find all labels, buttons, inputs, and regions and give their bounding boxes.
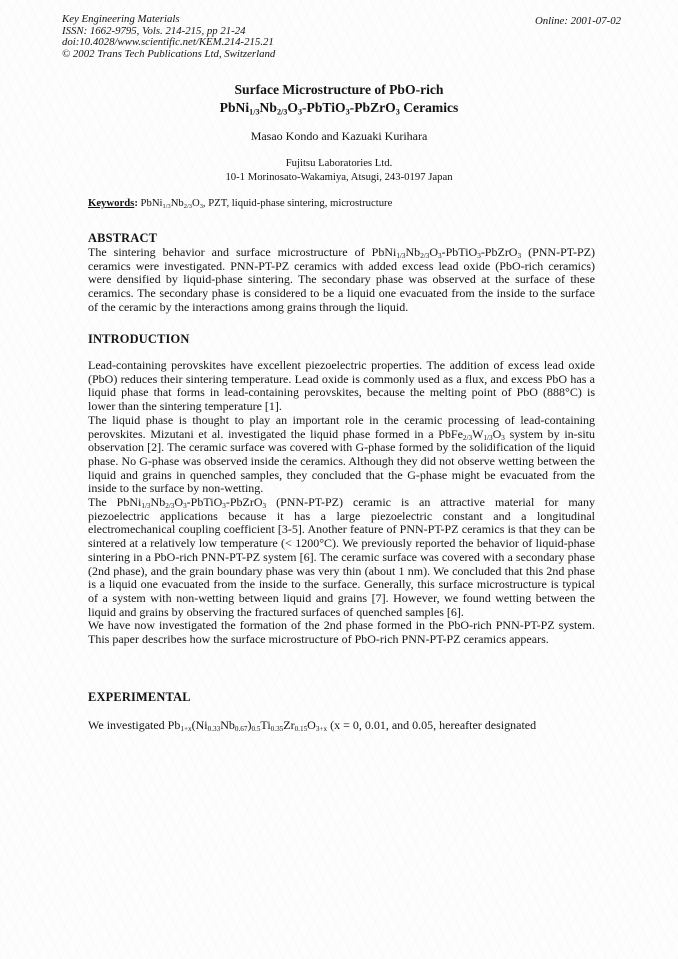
paper-title: Surface Microstructure of PbO-rich PbNi1… [0, 81, 678, 116]
authors: Masao Kondo and Kazuaki Kurihara [0, 129, 678, 144]
experimental-paragraph: We investigated Pb1+x(Ni0.33Nb0.67)0.5Ti… [88, 719, 595, 733]
experimental-heading: EXPERIMENTAL [88, 690, 191, 705]
introduction-paragraph: Lead-containing perovskites have excelle… [88, 359, 595, 414]
affiliation: Fujitsu Laboratories Ltd. 10-1 Morinosat… [0, 157, 678, 184]
abstract-paragraph: The sintering behavior and surface micro… [88, 246, 595, 315]
introduction-heading: INTRODUCTION [88, 332, 190, 347]
keywords-text: PbNi1/3Nb2/3O3, PZT, liquid-phase sinter… [138, 197, 392, 209]
keywords-line: Keywords: PbNi1/3Nb2/3O3, PZT, liquid-ph… [88, 197, 595, 209]
abstract-heading: ABSTRACT [88, 231, 157, 246]
journal-header: Key Engineering Materials ISSN: 1662-979… [62, 14, 275, 61]
introduction-paragraph: We have now investigated the formation o… [88, 619, 595, 646]
introduction-paragraph: The PbNi1/3Nb2/3O3-PbTiO3-PbZrO3 (PNN-PT… [88, 496, 595, 619]
affiliation-address: 10-1 Morinosato-Wakamiya, Atsugi, 243-01… [0, 171, 678, 185]
copyright-line: © 2002 Trans Tech Publications Ltd, Swit… [62, 49, 275, 61]
online-date: Online: 2001-07-02 [535, 15, 621, 27]
paper-title-line2: PbNi1/3Nb2/3O3-PbTiO3-PbZrO3 Ceramics [0, 99, 678, 117]
affiliation-name: Fujitsu Laboratories Ltd. [0, 157, 678, 171]
paper-title-line1: Surface Microstructure of PbO-rich [0, 81, 678, 99]
experimental-body: We investigated Pb1+x(Ni0.33Nb0.67)0.5Ti… [88, 719, 595, 733]
introduction-paragraph: The liquid phase is thought to play an i… [88, 414, 595, 496]
journal-title: Key Engineering Materials [62, 14, 275, 26]
keywords-label: Keywords [88, 197, 134, 209]
abstract-body: The sintering behavior and surface micro… [88, 246, 595, 315]
introduction-body: Lead-containing perovskites have excelle… [88, 359, 595, 647]
paper-page: Key Engineering Materials ISSN: 1662-979… [0, 0, 678, 959]
